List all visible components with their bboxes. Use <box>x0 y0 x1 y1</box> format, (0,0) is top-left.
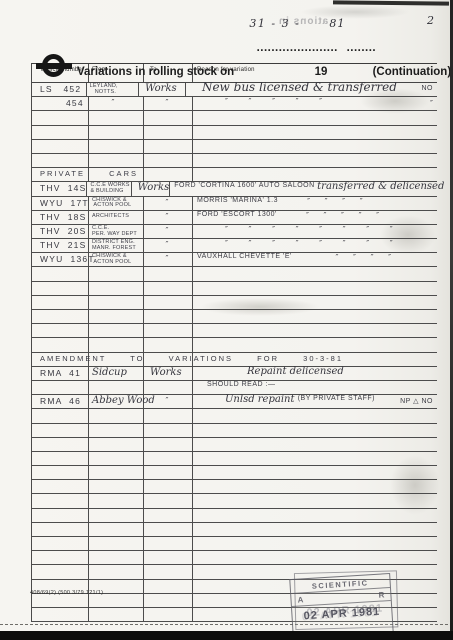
cell-vehicle <box>32 480 89 493</box>
cell-to: ″ <box>144 253 193 266</box>
cell-to <box>144 324 193 337</box>
cell-from <box>89 494 144 507</box>
cell-reason <box>193 168 395 181</box>
table-row <box>32 324 437 338</box>
table-row: RMA 41SidcupWorksRepaint delicensed <box>32 367 437 381</box>
table-row: RMA 46Abbey Wood″Unlsd repaint (BY PRIVA… <box>32 395 437 409</box>
cell-note <box>395 111 437 124</box>
cell-from <box>89 509 144 522</box>
cell-vehicle <box>32 409 89 422</box>
cell-from <box>89 523 144 536</box>
cell-vehicle <box>32 310 89 323</box>
cell-to: ″ <box>144 395 193 408</box>
handwritten-entry: ARCHITECTS <box>92 214 142 220</box>
cell-to: ″ <box>144 211 193 224</box>
year-prefix: 19 <box>311 66 327 78</box>
cell-from: DISTRICT ENG.MANR. FOREST <box>89 239 144 252</box>
handwritten-entry: Abbey Wood <box>92 395 155 406</box>
cell-from <box>89 154 144 167</box>
cell-to <box>144 537 193 550</box>
cell-from: Abbey Wood <box>89 395 144 408</box>
cell-reason <box>193 282 395 295</box>
cell-note <box>395 239 437 252</box>
year-entry-line: ........ 81 <box>327 30 369 78</box>
cell-to <box>144 551 193 564</box>
cell-note <box>395 466 437 479</box>
table-row <box>32 509 437 523</box>
title-text: Variations in rolling stock on <box>77 66 237 78</box>
handwritten-entry: ACTON POOL <box>92 260 142 266</box>
handwritten-entry: FORD 'ESCORT 1300' <box>197 211 277 218</box>
cell-to <box>144 381 193 394</box>
handwritten-entry: ″ <box>92 98 134 107</box>
cell-note <box>395 480 437 493</box>
cell-vehicle: RMA 41 <box>32 367 89 380</box>
cell-from: C.C.E.PER. WAY DEPT <box>89 225 144 238</box>
handwritten-entry: RMA 41 <box>40 368 81 378</box>
handwritten-entry: NP △ NO <box>400 397 433 405</box>
cell-note <box>395 608 437 621</box>
cell-note <box>395 310 437 323</box>
handwritten-entry: ″ <box>150 226 184 235</box>
table-row: THV 21SDISTRICT ENG.MANR. FOREST″″ ″ ″ ″… <box>32 239 437 253</box>
london-transport-roundel-icon <box>36 54 72 78</box>
cell-note <box>395 353 437 366</box>
cell-note <box>395 509 437 522</box>
cell-to <box>144 466 193 479</box>
cell-note <box>395 565 437 578</box>
cell-reason <box>193 438 395 451</box>
table-row <box>32 551 437 565</box>
table-row <box>32 111 437 125</box>
cell-to <box>144 140 193 153</box>
cell-to <box>144 494 193 507</box>
cell-to: Works <box>139 83 186 96</box>
cell-vehicle <box>32 267 89 280</box>
cell-to <box>144 480 193 493</box>
cell-to <box>144 296 193 309</box>
cell-vehicle <box>32 452 89 465</box>
cell-note <box>395 296 437 309</box>
table-row: 454″″″ ″ ″ ″ ″″ <box>32 97 437 111</box>
cell-to <box>144 565 193 578</box>
date-entry-line: ...................... 31 - 3 - <box>237 30 311 78</box>
cell-note <box>395 424 437 437</box>
table-row <box>32 480 437 494</box>
handwritten-entry: ″ <box>150 212 184 221</box>
cell-to: Works <box>132 182 171 195</box>
cell-reason <box>193 523 395 536</box>
cell-from <box>89 140 144 153</box>
cell-reason <box>193 140 395 153</box>
stamp-middle-row: A R <box>291 588 391 607</box>
cell-note <box>395 367 437 380</box>
cell-vehicle: THV 18S <box>32 211 89 224</box>
cell-reason: ″ ″ ″ ″ ″ ″ ″ ″ <box>193 239 395 252</box>
cell-to <box>144 282 193 295</box>
form-reference-number: 408/69(2) (500 3/79 121/1) <box>30 590 103 596</box>
cell-reason: Unlsd repaint (BY PRIVATE STAFF) <box>193 395 395 408</box>
table-row: PRIVATE CARS <box>32 168 437 182</box>
date-stamp: SCIENTIFIC A R 02 APR 1981 <box>289 573 393 639</box>
handwritten-entry: SHOULD READ :— <box>207 381 275 388</box>
cell-reason <box>193 324 395 337</box>
form-title: Variations in rolling stock on .........… <box>36 30 451 78</box>
cell-reason <box>193 409 395 422</box>
cell-from <box>89 267 144 280</box>
cell-to <box>144 438 193 451</box>
cell-reason: ″ ″ ″ ″ ″ <box>193 97 395 110</box>
handwritten-year: 81 <box>329 17 345 30</box>
cell-note <box>395 594 437 607</box>
cell-from <box>89 282 144 295</box>
cell-note <box>395 438 437 451</box>
handwritten-entry: ″ <box>150 240 184 249</box>
handwritten-entry: ″ ″ ″ ″ ″ <box>277 211 379 220</box>
handwritten-entry: ″ <box>430 99 433 108</box>
cell-reason <box>193 310 395 323</box>
handwritten-entry: ″ ″ ″ ″ ″ <box>225 97 322 106</box>
cell-to <box>144 338 193 351</box>
handwritten-entry: Works <box>138 182 170 193</box>
cell-note: NO <box>397 83 437 96</box>
table-row <box>32 140 437 154</box>
cell-note: NP △ NO <box>395 395 437 408</box>
cell-to <box>144 168 193 181</box>
cell-from <box>89 409 144 422</box>
table-row <box>32 282 437 296</box>
cell-to <box>144 608 193 621</box>
cell-from: ″ <box>89 97 144 110</box>
handwritten-entry: AMENDMENT TO VARIATIONS FOR 30-3-81 <box>40 354 343 363</box>
cell-vehicle: THV 21S <box>32 239 89 252</box>
stamp-right-letter: R <box>378 590 384 599</box>
cell-to <box>144 424 193 437</box>
cell-reason <box>193 494 395 507</box>
handwritten-entry: THV 21S <box>40 240 86 250</box>
cell-vehicle <box>32 111 89 124</box>
cell-reason <box>193 267 395 280</box>
table-row <box>32 438 437 452</box>
cell-note <box>395 197 437 210</box>
handwritten-page-number: 2 <box>427 14 434 27</box>
table-row: AMENDMENT TO VARIATIONS FOR 30-3-81 <box>32 353 437 367</box>
table-row <box>32 466 437 480</box>
cell-vehicle <box>32 608 89 621</box>
cell-note <box>395 338 437 351</box>
cell-reason: SHOULD READ :— <box>193 381 395 394</box>
cell-reason <box>193 480 395 493</box>
cell-to <box>144 126 193 139</box>
cell-from: Sidcup <box>89 367 144 380</box>
scanned-form-page: ations in 2 Variations in rolling stock … <box>0 0 453 640</box>
cell-note <box>395 211 437 224</box>
cell-reason <box>193 154 395 167</box>
variations-table: Vehicle number From To Reason for variat… <box>31 63 437 622</box>
table-row <box>32 126 437 140</box>
table-row: THV 14SC.C.E WORKS& BUILDINGWorksFORD 'C… <box>32 182 437 196</box>
cell-vehicle <box>32 296 89 309</box>
scan-edge-bottom <box>0 631 453 640</box>
cell-vehicle <box>32 282 89 295</box>
handwritten-entry: WYU 17T <box>40 198 89 208</box>
stamp-divider <box>303 595 378 600</box>
cell-reason <box>193 338 395 351</box>
cell-reason: Repaint delicensed <box>193 367 395 380</box>
cell-vehicle <box>32 154 89 167</box>
cell-note <box>395 381 437 394</box>
cell-to <box>144 154 193 167</box>
handwritten-entry: ″ <box>150 198 184 207</box>
cell-vehicle <box>32 424 89 437</box>
table-row <box>32 537 437 551</box>
cell-reason: FORD 'CORTINA 1600' AUTO SALOON transfer… <box>170 182 444 195</box>
cell-from <box>89 438 144 451</box>
cell-vehicle: WYU 136T <box>32 253 89 266</box>
cell-note <box>395 168 437 181</box>
handwritten-entry: THV 20S <box>40 226 86 236</box>
handwritten-entry: 454 <box>66 98 84 108</box>
cell-vehicle <box>32 509 89 522</box>
cell-from <box>89 565 144 578</box>
cell-reason <box>193 452 395 465</box>
cell-vehicle <box>32 381 89 394</box>
table-row: THV 18SARCHITECTS″FORD 'ESCORT 1300' ″ ″… <box>32 211 437 225</box>
cell-from <box>89 381 144 394</box>
dotted-rule: ........ <box>347 42 377 54</box>
handwritten-date-day: 31 - 3 - <box>249 17 300 30</box>
cell-to <box>144 409 193 422</box>
handwritten-entry: NOTTS. <box>90 90 137 96</box>
cell-reason: New bus licensed & transferred <box>186 83 397 96</box>
cell-from <box>89 608 144 621</box>
cell-vehicle <box>32 140 89 153</box>
cell-reason: MORRIS 'MARINA' 1.3 ″ ″ ″ ″ <box>193 197 395 210</box>
handwritten-entry: MANR. FOREST <box>92 246 142 252</box>
table-row: WYU 17TCHISWICK & ACTON POOL″MORRIS 'MAR… <box>32 197 437 211</box>
cell-note <box>395 253 437 266</box>
handwritten-entry: FORD 'CORTINA 1600' AUTO SALOON <box>174 182 317 189</box>
handwritten-entry: transferred & delicensed <box>317 181 444 192</box>
cell-to <box>144 594 193 607</box>
cell-to <box>144 509 193 522</box>
cell-from <box>89 424 144 437</box>
cell-from <box>89 466 144 479</box>
handwritten-entry: ″ ″ ″ ″ ″ ″ ″ ″ <box>225 225 393 234</box>
cell-from: LEYLAND, NOTTS. <box>87 83 139 96</box>
cell-to: ″ <box>144 239 193 252</box>
handwritten-entry: ″ <box>150 98 184 107</box>
table-row: THV 20SC.C.E.PER. WAY DEPT″″ ″ ″ ″ ″ ″ ″… <box>32 225 437 239</box>
stamp-left-letter: A <box>297 595 303 604</box>
cell-vehicle <box>32 565 89 578</box>
cell-reason: VAUXHALL CHEVETTE 'E' ″ ″ ″ ″ <box>193 253 395 266</box>
cell-reason <box>193 509 395 522</box>
roundel-bar <box>36 63 72 69</box>
cell-note <box>395 523 437 536</box>
handwritten-entry: Repaint delicensed <box>247 366 344 377</box>
cell-to: Works <box>144 367 193 380</box>
table-row <box>32 154 437 168</box>
cell-vehicle: AMENDMENT TO VARIATIONS FOR 30-3-81 <box>32 353 89 366</box>
cell-vehicle <box>32 537 89 550</box>
cell-to <box>144 580 193 593</box>
table-row <box>32 409 437 423</box>
table-row <box>32 338 437 352</box>
cell-from <box>89 338 144 351</box>
cell-note <box>395 580 437 593</box>
handwritten-entry: ″ <box>150 254 184 263</box>
cell-reason: ″ ″ ″ ″ ″ ″ ″ ″ <box>193 225 395 238</box>
cell-vehicle: RMA 46 <box>32 395 89 408</box>
table-row <box>32 267 437 281</box>
cell-reason <box>193 126 395 139</box>
table-row <box>32 296 437 310</box>
cell-reason <box>193 111 395 124</box>
handwritten-entry: ″ <box>150 396 184 405</box>
table-row: LS 452LEYLAND, NOTTS.WorksNew bus licens… <box>32 83 437 97</box>
handwritten-entry: & BUILDING <box>90 189 129 195</box>
cell-from <box>89 111 144 124</box>
cell-note <box>395 537 437 550</box>
handwritten-entry: New bus licensed & transferred <box>202 82 397 93</box>
cell-reason <box>193 424 395 437</box>
cell-to <box>144 310 193 323</box>
table-row <box>32 523 437 537</box>
cell-note <box>395 225 437 238</box>
cell-from <box>89 126 144 139</box>
cell-to: ″ <box>144 197 193 210</box>
cell-note <box>395 267 437 280</box>
cell-from: C.C.E WORKS& BUILDING <box>87 182 131 195</box>
cell-reason <box>193 466 395 479</box>
table-body: LS 452LEYLAND, NOTTS.WorksNew bus licens… <box>32 83 437 622</box>
cell-note <box>395 324 437 337</box>
handwritten-entry: ACTON POOL <box>92 203 142 209</box>
cell-to: ″ <box>144 97 193 110</box>
cell-from <box>89 537 144 550</box>
handwritten-entry: Sidcup <box>92 367 127 378</box>
handwritten-entry: ″ ″ ″ ″ ″ ″ ″ ″ <box>225 239 393 248</box>
cell-to <box>144 523 193 536</box>
table-row <box>32 310 437 324</box>
cell-from: CHISWICK & ACTON POOL <box>89 253 144 266</box>
cell-reason: FORD 'ESCORT 1300' ″ ″ ″ ″ ″ <box>193 211 395 224</box>
table-row: WYU 136TCHISWICK & ACTON POOL″VAUXHALL C… <box>32 253 437 267</box>
cell-vehicle: THV 14S <box>32 182 87 195</box>
table-row <box>32 452 437 466</box>
cell-vehicle: THV 20S <box>32 225 89 238</box>
cell-from <box>89 480 144 493</box>
handwritten-entry: RMA 46 <box>40 396 81 406</box>
cell-note <box>395 154 437 167</box>
handwritten-entry: VAUXHALL CHEVETTE 'E' <box>197 253 292 260</box>
cell-to <box>144 267 193 280</box>
handwritten-entry: NO <box>422 85 434 92</box>
cell-from: CHISWICK & ACTON POOL <box>89 197 144 210</box>
cell-vehicle: WYU 17T <box>32 197 89 210</box>
cell-to <box>144 111 193 124</box>
handwritten-entry: PER. WAY DEPT <box>92 232 142 238</box>
cell-vehicle <box>32 126 89 139</box>
handwritten-entry: (BY PRIVATE STAFF) <box>298 395 375 402</box>
dotted-rule: ...................... <box>257 42 338 54</box>
handwritten-entry: MORRIS 'MARINA' 1.3 <box>197 197 278 204</box>
cell-note <box>395 282 437 295</box>
cell-reason <box>193 551 395 564</box>
cell-reason <box>193 537 395 550</box>
cell-from <box>89 551 144 564</box>
table-row <box>32 424 437 438</box>
cell-vehicle <box>32 324 89 337</box>
cell-note <box>444 182 448 195</box>
cell-from <box>89 310 144 323</box>
handwritten-entry: WYU 136T <box>40 254 95 264</box>
cell-note <box>395 551 437 564</box>
cell-vehicle <box>32 551 89 564</box>
handwritten-entry: Works <box>150 367 182 378</box>
cell-note <box>395 494 437 507</box>
cell-from <box>89 324 144 337</box>
cell-vehicle: PRIVATE CARS <box>32 168 89 181</box>
cell-to: ″ <box>144 225 193 238</box>
handwritten-entry: THV 14S <box>40 183 86 193</box>
cell-vehicle <box>32 523 89 536</box>
cell-vehicle <box>32 466 89 479</box>
cell-from <box>89 296 144 309</box>
stamp-date: 02 APR 1981 <box>292 601 392 623</box>
cell-reason <box>193 296 395 309</box>
cell-note <box>395 409 437 422</box>
handwritten-entry: THV 18S <box>40 212 86 222</box>
handwritten-entry: ″ ″ ″ ″ <box>278 197 363 206</box>
cell-note <box>395 452 437 465</box>
handwritten-entry: Unlsd repaint <box>225 394 298 405</box>
cell-to <box>144 452 193 465</box>
cell-note <box>395 140 437 153</box>
handwritten-entry: PRIVATE CARS <box>40 169 138 178</box>
cell-vehicle <box>32 494 89 507</box>
cell-from <box>89 452 144 465</box>
cell-vehicle <box>32 438 89 451</box>
continuation-label: (Continuation) <box>369 66 451 78</box>
cell-from: ARCHITECTS <box>89 211 144 224</box>
table-row <box>32 494 437 508</box>
handwritten-entry: Works <box>145 83 177 94</box>
handwritten-entry: ″ ″ ″ ″ <box>292 253 391 262</box>
table-row: SHOULD READ :— <box>32 381 437 395</box>
stamp-office-name: SCIENTIFIC <box>290 574 390 594</box>
cell-note: ″ <box>395 97 437 110</box>
cell-vehicle <box>32 338 89 351</box>
cell-note <box>395 126 437 139</box>
